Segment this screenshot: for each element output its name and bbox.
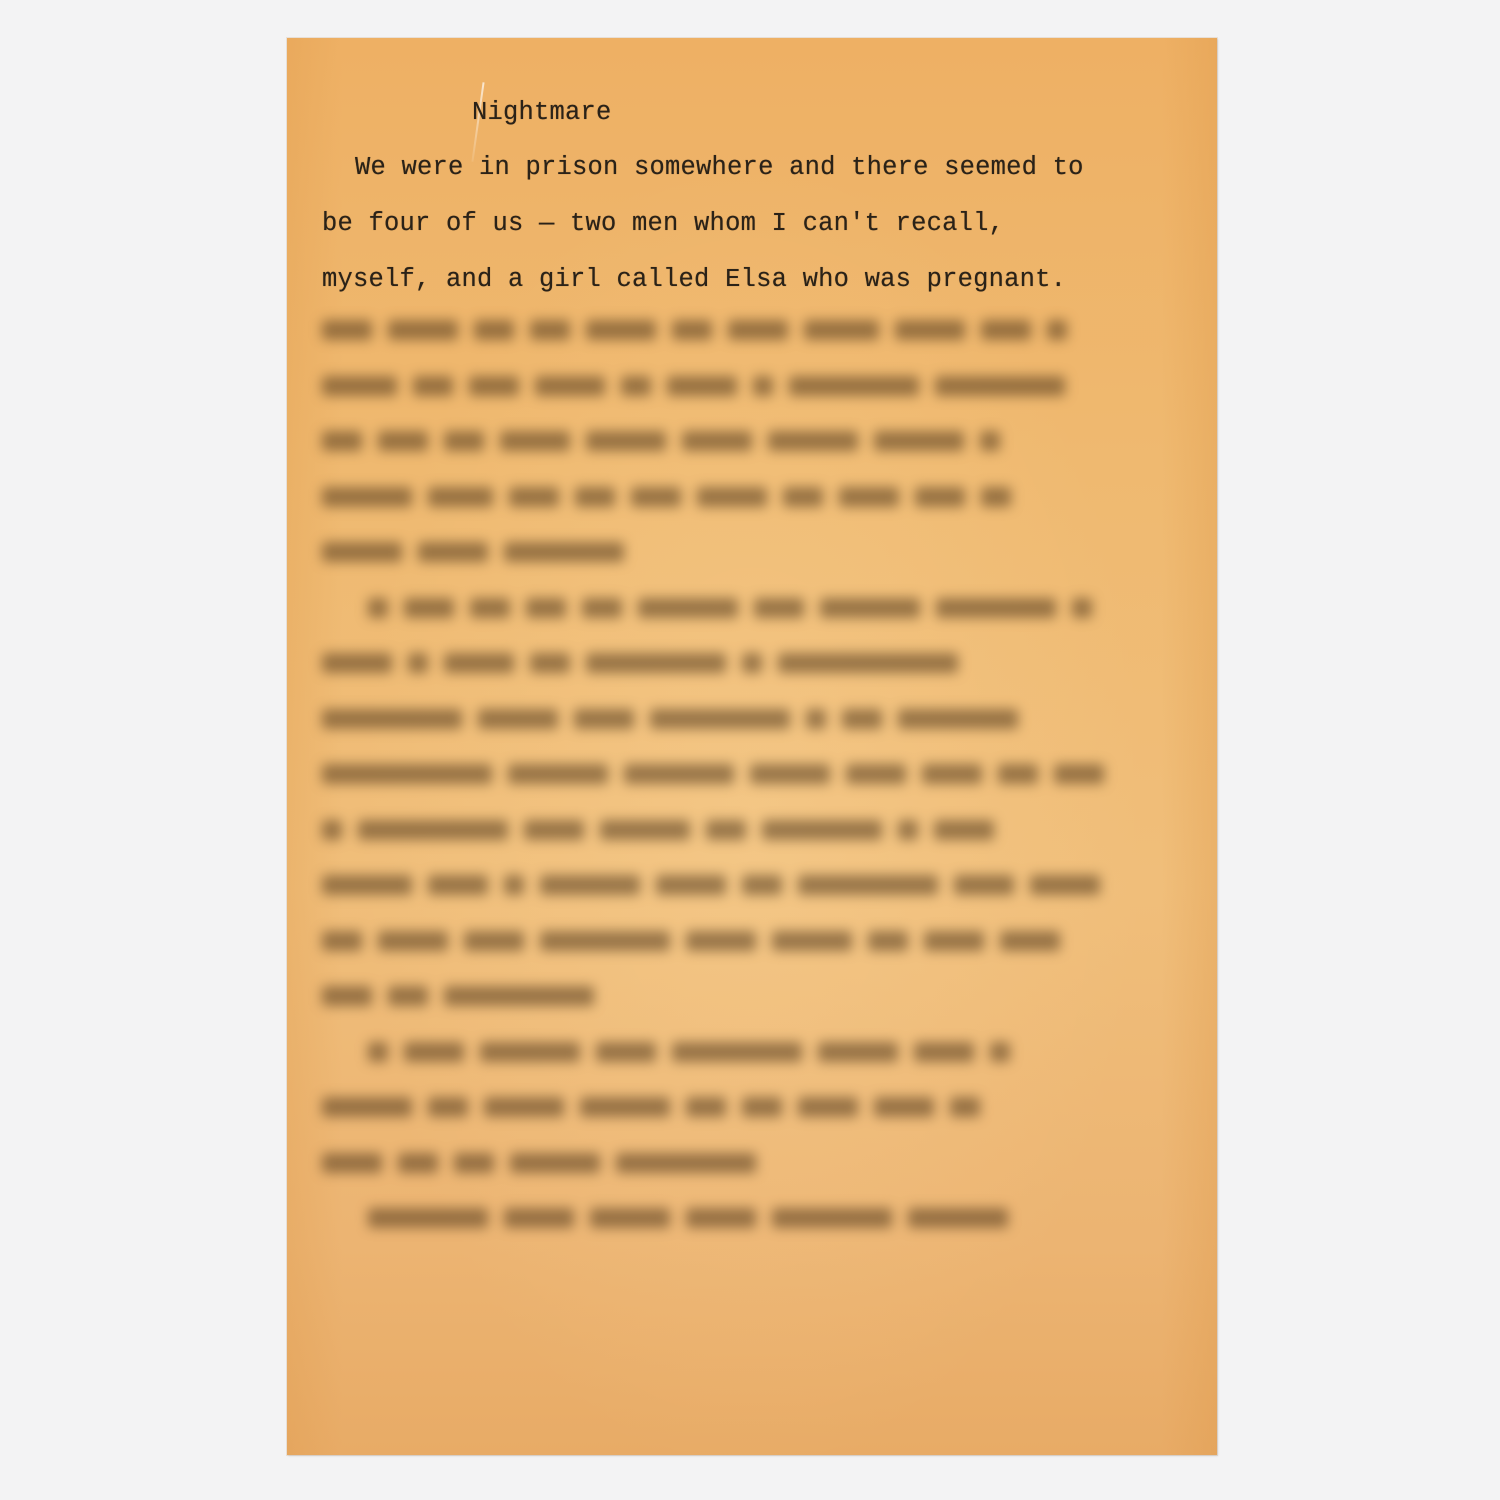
blurred-word [895, 320, 965, 340]
blurred-word [368, 1042, 388, 1062]
blurred-line [322, 1153, 1142, 1173]
blurred-word [368, 1208, 488, 1228]
blurred-word [504, 1208, 574, 1228]
blurred-word [322, 1097, 412, 1117]
blurred-line [322, 598, 1142, 618]
blurred-word [388, 986, 428, 1006]
blurred-word [404, 1042, 464, 1062]
blurred-word [322, 487, 412, 507]
blurred-word [818, 1042, 898, 1062]
blurred-line [322, 376, 1142, 396]
blurred-line [322, 320, 1142, 340]
blurred-word [754, 598, 804, 618]
blurred-word [322, 820, 342, 840]
blurred-word [753, 376, 773, 396]
blurred-word [504, 875, 524, 895]
blurred-word [418, 542, 488, 562]
blurred-word [510, 1153, 600, 1173]
blurred-word [667, 376, 737, 396]
blurred-word [322, 598, 352, 618]
blurred-word [728, 320, 788, 340]
blurred-word [388, 320, 458, 340]
blurred-line [322, 931, 1142, 951]
blurred-word [322, 764, 492, 784]
blurred-word [672, 320, 712, 340]
blurred-word [750, 764, 830, 784]
blurred-line [322, 820, 1142, 840]
blurred-word [464, 931, 524, 951]
blurred-word [998, 764, 1038, 784]
blurred-word [368, 598, 388, 618]
blurred-word [428, 487, 493, 507]
blurred-word [908, 1208, 1008, 1228]
blurred-word [789, 376, 919, 396]
blurred-word [535, 376, 605, 396]
blurred-line [322, 653, 1142, 673]
blurred-word [428, 875, 488, 895]
blurred-word [322, 1042, 352, 1062]
blurred-word [322, 986, 372, 1006]
blurred-word [322, 709, 462, 729]
blurred-line [322, 487, 1142, 507]
blurred-word [621, 376, 651, 396]
blurred-word [444, 653, 514, 673]
blurred-word [980, 431, 1000, 451]
text-line-1: We were in prison somewhere and there se… [355, 153, 1084, 182]
blurred-word [915, 487, 965, 507]
blurred-word [428, 1097, 468, 1117]
blurred-word [650, 709, 790, 729]
blurred-text-section [322, 320, 1142, 1264]
blurred-word [742, 875, 782, 895]
blurred-word [762, 820, 882, 840]
blurred-word [874, 1097, 934, 1117]
blurred-word [706, 820, 746, 840]
blurred-word [672, 1042, 802, 1062]
blurred-word [638, 598, 738, 618]
blurred-word [616, 1153, 756, 1173]
blurred-word [686, 931, 756, 951]
blurred-word [454, 1153, 494, 1173]
blurred-word [478, 709, 558, 729]
blurred-word [624, 764, 734, 784]
blurred-word [322, 931, 362, 951]
blurred-word [540, 931, 670, 951]
blurred-word [806, 709, 826, 729]
blurred-word [772, 1208, 892, 1228]
blurred-word [484, 1097, 564, 1117]
blurred-word [586, 431, 666, 451]
blurred-word [508, 764, 608, 784]
blurred-word [322, 542, 402, 562]
blurred-word [898, 820, 918, 840]
blurred-word [804, 320, 879, 340]
blurred-word [590, 1208, 670, 1228]
blurred-word [922, 764, 982, 784]
blurred-word [404, 598, 454, 618]
blurred-word [954, 875, 1014, 895]
blurred-line [322, 875, 1142, 895]
blurred-word [1000, 931, 1060, 951]
blurred-word [322, 376, 397, 396]
blurred-line [322, 709, 1142, 729]
blurred-line [322, 1208, 1142, 1228]
blurred-word [924, 931, 984, 951]
blurred-line [322, 986, 1142, 1006]
blurred-word [480, 1042, 580, 1062]
blurred-word [798, 1097, 858, 1117]
blurred-word [575, 487, 615, 507]
blurred-line [322, 1042, 1142, 1062]
blurred-word [413, 376, 453, 396]
blurred-word [530, 320, 570, 340]
blurred-word [444, 431, 484, 451]
blurred-word [1072, 598, 1092, 618]
blurred-word [898, 709, 1018, 729]
blurred-word [874, 431, 964, 451]
blurred-word [596, 1042, 656, 1062]
blurred-word [772, 931, 852, 951]
blurred-line [322, 431, 1142, 451]
blurred-word [656, 875, 726, 895]
blurred-word [846, 764, 906, 784]
blurred-word [444, 986, 594, 1006]
document-title: Nightmare [472, 98, 612, 127]
blurred-word [768, 431, 858, 451]
blurred-word [586, 320, 656, 340]
blurred-word [322, 431, 362, 451]
blurred-word [322, 320, 372, 340]
blurred-word [934, 820, 994, 840]
blurred-word [582, 598, 622, 618]
blurred-word [842, 709, 882, 729]
blurred-word [868, 931, 908, 951]
blurred-word [322, 1208, 352, 1228]
blurred-word [686, 1097, 726, 1117]
blurred-line [322, 1097, 1142, 1117]
blurred-word [322, 1153, 382, 1173]
blurred-word [631, 487, 681, 507]
blurred-word [530, 653, 570, 673]
blurred-word [474, 320, 514, 340]
blurred-word [778, 653, 958, 673]
blurred-word [408, 653, 428, 673]
blurred-word [470, 598, 510, 618]
blurred-word [322, 653, 392, 673]
text-line-2: be four of us — two men whom I can't rec… [322, 209, 1004, 238]
blurred-word [1030, 875, 1100, 895]
blurred-word [378, 931, 448, 951]
blurred-word [580, 1097, 670, 1117]
text-line-3: myself, and a girl called Elsa who was p… [322, 265, 1066, 294]
blurred-word [500, 431, 570, 451]
blurred-word [936, 598, 1056, 618]
blurred-word [574, 709, 634, 729]
blurred-word [990, 1042, 1010, 1062]
blurred-word [509, 487, 559, 507]
blurred-word [783, 487, 823, 507]
blurred-word [398, 1153, 438, 1173]
blurred-word [600, 820, 690, 840]
blurred-word [1054, 764, 1104, 784]
blurred-word [742, 1097, 782, 1117]
blurred-word [358, 820, 508, 840]
blurred-word [1047, 320, 1067, 340]
blurred-word [524, 820, 584, 840]
blurred-word [742, 653, 762, 673]
blurred-word [469, 376, 519, 396]
blurred-line [322, 542, 1142, 562]
blurred-word [697, 487, 767, 507]
blurred-word [504, 542, 624, 562]
blurred-word [914, 1042, 974, 1062]
blurred-word [798, 875, 938, 895]
blurred-word [686, 1208, 756, 1228]
blurred-word [981, 320, 1031, 340]
blurred-word [526, 598, 566, 618]
blurred-word [540, 875, 640, 895]
typewritten-page: Nightmare We were in prison somewhere an… [287, 38, 1217, 1455]
blurred-word [682, 431, 752, 451]
blurred-word [981, 487, 1011, 507]
blurred-line [322, 764, 1142, 784]
blurred-word [935, 376, 1065, 396]
blurred-word [586, 653, 726, 673]
blurred-word [820, 598, 920, 618]
blurred-word [378, 431, 428, 451]
blurred-word [839, 487, 899, 507]
blurred-word [322, 875, 412, 895]
blurred-word [950, 1097, 980, 1117]
